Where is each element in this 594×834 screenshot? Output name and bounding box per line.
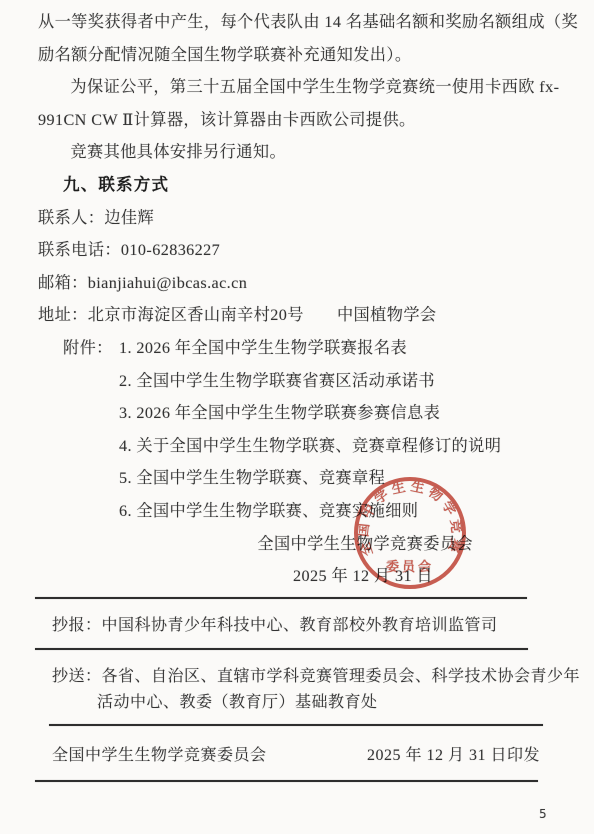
cc-send-line: 抄送：各省、自治区、直辖市学科竞赛管理委员会、科学技术协会青少年 <box>52 664 580 690</box>
footer-print-date: 2025 年 12 月 31 日印发 <box>367 742 540 765</box>
paragraph-line: 991CN CW Ⅱ计算器，该计算器由卡西欧公司提供。 <box>38 104 558 137</box>
contact-person: 联系人：边佳辉 <box>38 202 558 235</box>
cc-send-block: 抄送：各省、自治区、直辖市学科竞赛管理委员会、科学技术协会青少年 活动中心、教委… <box>52 664 580 716</box>
cc-send-line: 活动中心、教委（教育厅）基础教育处 <box>52 690 580 716</box>
attachment-item: 4. 关于全国中学生生物学联赛、竞赛章程修订的说明 <box>119 430 558 463</box>
separator-line <box>35 780 538 782</box>
paragraph-line: 为保证公平，第三十五届全国中学生生物学竞赛统一使用卡西欧 fx- <box>38 71 558 104</box>
separator-line <box>35 597 527 599</box>
contact-email: 邮箱：bianjiahui@ibcas.ac.cn <box>38 267 558 300</box>
attachments-block: 附件： 1. 2026 年全国中学生生物学联赛报名表 2. 全国中学生生物学联赛… <box>38 332 558 528</box>
contact-phone: 联系电话：010-62836227 <box>38 234 558 267</box>
document-body: 从一等奖获得者中产生，每个代表队由 14 名基础名额和奖励名额组成（奖 励名额分… <box>38 6 558 593</box>
attachment-item: 2. 全国中学生生物学联赛省赛区活动承诺书 <box>119 365 558 398</box>
cc-report-line: 抄报：中国科协青少年科技中心、教育部校外教育培训监管司 <box>52 612 498 635</box>
separator-line <box>49 724 543 726</box>
paragraph-line: 从一等奖获得者中产生，每个代表队由 14 名基础名额和奖励名额组成（奖 <box>38 6 558 39</box>
signature-issuer: 全国中学生生物学竞赛委员会 <box>38 528 558 561</box>
signature-date: 2025 年 12 月 31 日 <box>38 560 558 593</box>
attachment-item: 1. 2026 年全国中学生生物学联赛报名表 <box>119 332 558 365</box>
section-heading-contact: 九、联系方式 <box>38 169 558 202</box>
separator-line <box>35 648 528 650</box>
paragraph-line: 竞赛其他具体安排另行通知。 <box>38 136 558 169</box>
attachments-label: 附件： <box>63 332 113 365</box>
page-number: 5 <box>539 807 547 821</box>
attachment-item: 6. 全国中学生生物学联赛、竞赛实施细则 <box>119 495 558 528</box>
paragraph-line: 励名额分配情况随全国生物学联赛补充通知发出）。 <box>38 39 558 72</box>
footer-issuer: 全国中学生生物学竞赛委员会 <box>52 742 267 765</box>
attachment-item: 3. 2026 年全国中学生生物学联赛参赛信息表 <box>119 397 558 430</box>
issuance-footer: 全国中学生生物学竞赛委员会 2025 年 12 月 31 日印发 <box>52 742 540 765</box>
attachment-item: 5. 全国中学生生物学联赛、竞赛章程 <box>119 462 558 495</box>
document-page: 从一等奖获得者中产生，每个代表队由 14 名基础名额和奖励名额组成（奖 励名额分… <box>0 0 594 834</box>
contact-address: 地址：北京市海淀区香山南辛村20号 中国植物学会 <box>38 299 558 332</box>
